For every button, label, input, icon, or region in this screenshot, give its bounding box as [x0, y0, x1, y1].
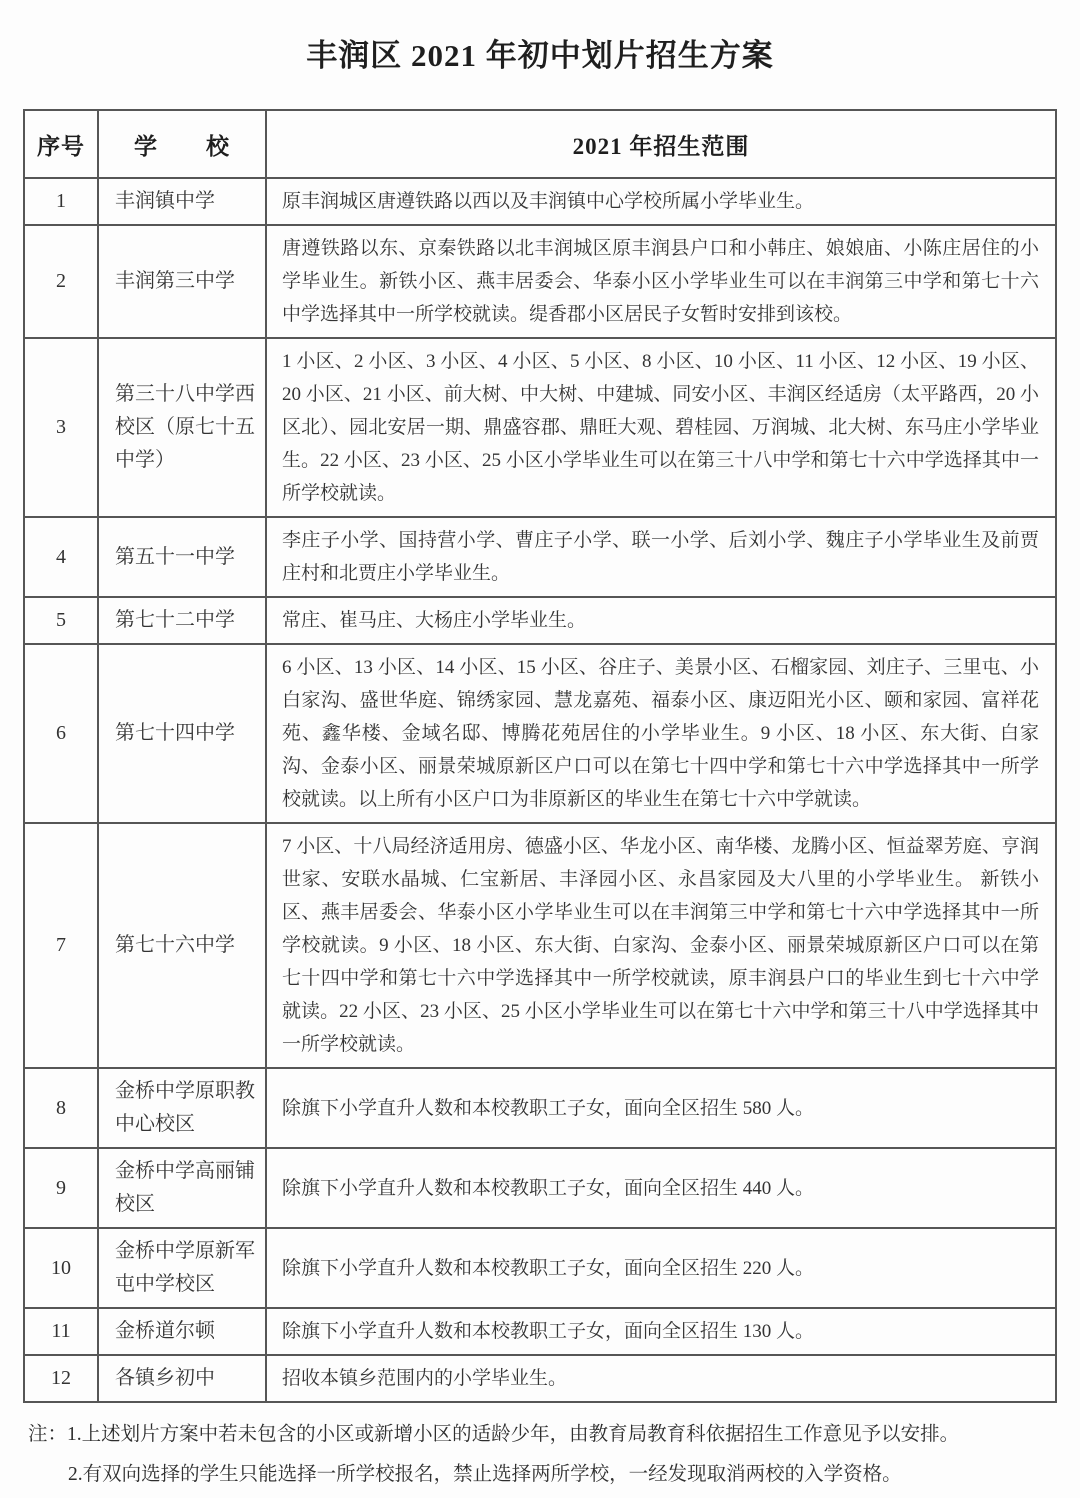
- enrollment-range: 原丰润城区唐遵铁路以西以及丰润镇中心学校所属小学毕业生。: [266, 178, 1056, 225]
- enrollment-range: 6 小区、13 小区、14 小区、15 小区、谷庄子、美景小区、石榴家园、刘庄子…: [266, 644, 1056, 823]
- table-row: 7 第七十六中学 7 小区、十八局经济适用房、德盛小区、华龙小区、南华楼、龙腾小…: [24, 823, 1056, 1068]
- school-name: 金桥中学原新军屯中学校区: [98, 1228, 266, 1308]
- enrollment-range: 除旗下小学直升人数和本校教职工子女，面向全区招生 580 人。: [266, 1068, 1056, 1148]
- school-name: 丰润第三中学: [98, 225, 266, 338]
- page-title: 丰润区 2021 年初中划片招生方案: [23, 30, 1057, 75]
- row-number: 6: [24, 644, 98, 823]
- row-number: 10: [24, 1228, 98, 1308]
- school-name: 各镇乡初中: [98, 1355, 266, 1402]
- row-number: 8: [24, 1068, 98, 1148]
- table-row: 1 丰润镇中学 原丰润城区唐遵铁路以西以及丰润镇中心学校所属小学毕业生。: [24, 178, 1056, 225]
- table-row: 3 第三十八中学西校区（原七十五中学） 1 小区、2 小区、3 小区、4 小区、…: [24, 338, 1056, 517]
- table-row: 11 金桥道尔顿 除旗下小学直升人数和本校教职工子女，面向全区招生 130 人。: [24, 1308, 1056, 1355]
- enrollment-range: 1 小区、2 小区、3 小区、4 小区、5 小区、8 小区、10 小区、11 小…: [266, 338, 1056, 517]
- enrollment-range: 李庄子小学、国持营小学、曹庄子小学、联一小学、后刘小学、魏庄子小学毕业生及前贾庄…: [266, 517, 1056, 597]
- enrollment-range: 除旗下小学直升人数和本校教职工子女，面向全区招生 220 人。: [266, 1228, 1056, 1308]
- row-number: 5: [24, 597, 98, 644]
- footnote-1: 注：1.上述划片方案中若未包含的小区或新增小区的适龄少年，由教育局教育科依据招生…: [28, 1418, 1057, 1452]
- school-name: 金桥中学高丽铺校区: [98, 1148, 266, 1228]
- row-number: 1: [24, 178, 98, 225]
- row-number: 2: [24, 225, 98, 338]
- row-number: 11: [24, 1308, 98, 1355]
- table-row: 6 第七十四中学 6 小区、13 小区、14 小区、15 小区、谷庄子、美景小区…: [24, 644, 1056, 823]
- enrollment-range: 7 小区、十八局经济适用房、德盛小区、华龙小区、南华楼、龙腾小区、恒益翠芳庭、亨…: [266, 823, 1056, 1068]
- enrollment-range: 常庄、崔马庄、大杨庄小学毕业生。: [266, 597, 1056, 644]
- header-cell-range: 2021 年招生范围: [266, 110, 1056, 178]
- table-header-row: 序号 学 校 2021 年招生范围: [24, 110, 1056, 178]
- school-name: 丰润镇中学: [98, 178, 266, 225]
- row-number: 7: [24, 823, 98, 1068]
- table-row: 8 金桥中学原职教中心校区 除旗下小学直升人数和本校教职工子女，面向全区招生 5…: [24, 1068, 1056, 1148]
- enrollment-range: 除旗下小学直升人数和本校教职工子女，面向全区招生 130 人。: [266, 1308, 1056, 1355]
- school-name: 金桥道尔顿: [98, 1308, 266, 1355]
- table-row: 10 金桥中学原新军屯中学校区 除旗下小学直升人数和本校教职工子女，面向全区招生…: [24, 1228, 1056, 1308]
- row-number: 9: [24, 1148, 98, 1228]
- row-number: 12: [24, 1355, 98, 1402]
- footnotes: 注：1.上述划片方案中若未包含的小区或新增小区的适龄少年，由教育局教育科依据招生…: [23, 1418, 1057, 1492]
- enrollment-range: 招收本镇乡范围内的小学毕业生。: [266, 1355, 1056, 1402]
- table-row: 5 第七十二中学 常庄、崔马庄、大杨庄小学毕业生。: [24, 597, 1056, 644]
- header-cell-no: 序号: [24, 110, 98, 178]
- footnote-2: 2.有双向选择的学生只能选择一所学校报名，禁止选择两所学校，一经发现取消两校的入…: [28, 1458, 1057, 1492]
- header-cell-school: 学 校: [98, 110, 266, 178]
- table-row: 12 各镇乡初中 招收本镇乡范围内的小学毕业生。: [24, 1355, 1056, 1402]
- table-row: 4 第五十一中学 李庄子小学、国持营小学、曹庄子小学、联一小学、后刘小学、魏庄子…: [24, 517, 1056, 597]
- enrollment-range: 唐遵铁路以东、京秦铁路以北丰润城区原丰润县户口和小韩庄、娘娘庙、小陈庄居住的小学…: [266, 225, 1056, 338]
- row-number: 3: [24, 338, 98, 517]
- school-name: 第七十四中学: [98, 644, 266, 823]
- school-name: 第三十八中学西校区（原七十五中学）: [98, 338, 266, 517]
- school-name: 第七十二中学: [98, 597, 266, 644]
- enrollment-range: 除旗下小学直升人数和本校教职工子女，面向全区招生 440 人。: [266, 1148, 1056, 1228]
- school-name: 第七十六中学: [98, 823, 266, 1068]
- table-row: 2 丰润第三中学 唐遵铁路以东、京秦铁路以北丰润城区原丰润县户口和小韩庄、娘娘庙…: [24, 225, 1056, 338]
- school-name: 第五十一中学: [98, 517, 266, 597]
- enrollment-plan-table: 序号 学 校 2021 年招生范围 1 丰润镇中学 原丰润城区唐遵铁路以西以及丰…: [23, 109, 1057, 1403]
- school-name: 金桥中学原职教中心校区: [98, 1068, 266, 1148]
- table-row: 9 金桥中学高丽铺校区 除旗下小学直升人数和本校教职工子女，面向全区招生 440…: [24, 1148, 1056, 1228]
- document-page: 丰润区 2021 年初中划片招生方案 序号 学 校 2021 年招生范围 1 丰…: [23, 0, 1057, 1492]
- row-number: 4: [24, 517, 98, 597]
